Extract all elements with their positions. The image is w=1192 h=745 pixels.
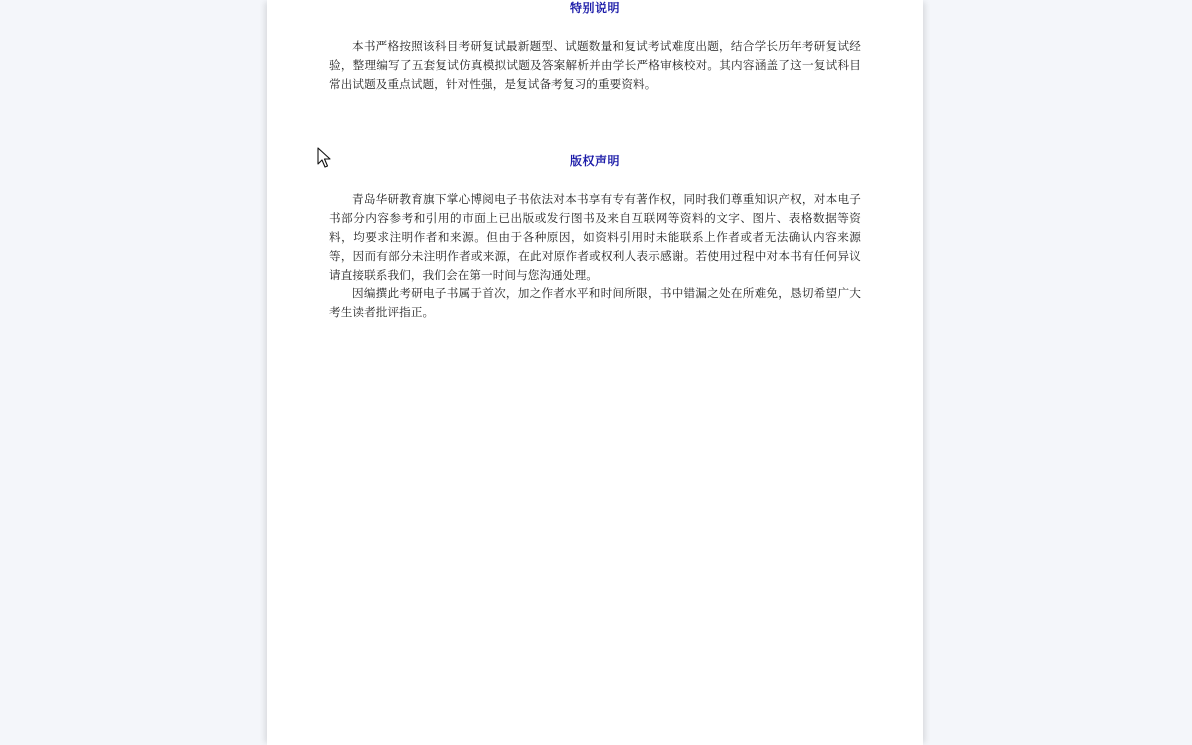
copyright-paragraph-2: 因编撰此考研电子书属于首次，加之作者水平和时间所限，书中错漏之处在所难免，恳切希…	[329, 284, 861, 322]
section-title-special-notes: 特别说明	[267, 0, 923, 16]
arrow-pointer-icon	[317, 147, 333, 169]
section-title-copyright: 版权声明	[267, 153, 923, 169]
document-viewer[interactable]: 特别说明 本书严格按照该科目考研复试最新题型、试题数量和复试考试难度出题，结合学…	[0, 0, 1192, 745]
copyright-paragraph-1: 青岛华研教育旗下掌心博阅电子书依法对本书享有专有著作权，同时我们尊重知识产权，对…	[329, 190, 861, 285]
document-page: 特别说明 本书严格按照该科目考研复试最新题型、试题数量和复试考试难度出题，结合学…	[267, 0, 923, 745]
special-notes-paragraph: 本书严格按照该科目考研复试最新题型、试题数量和复试考试难度出题，结合学长历年考研…	[329, 37, 861, 94]
